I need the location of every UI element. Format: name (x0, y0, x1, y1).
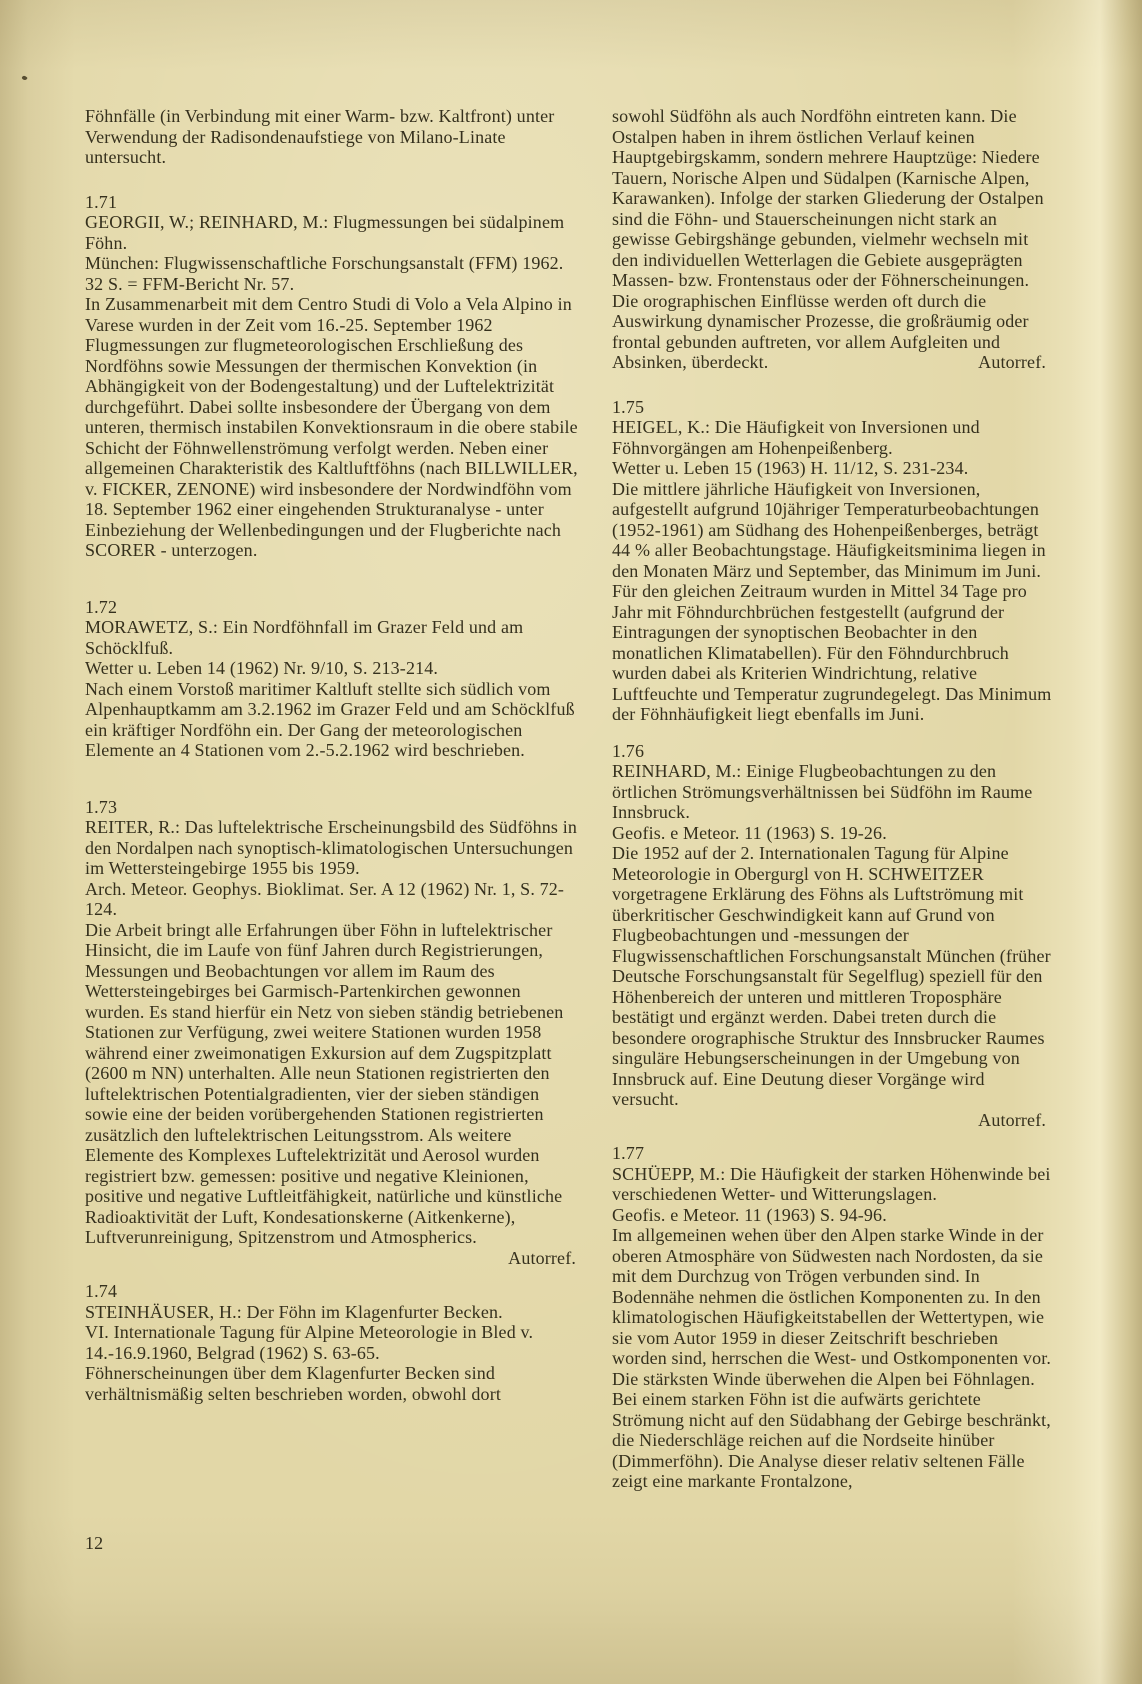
author-ref-label: Autorref. (612, 1110, 1052, 1131)
entry-heading: SCHÜEPP, M.: Die Häufigkeit der starken … (612, 1164, 1052, 1205)
intro-paragraph-continuation: Föhnfälle (in Verbindung mit einer Warm-… (85, 106, 582, 168)
bib-entry-1-75: 1.75 HEIGEL, K.: Die Häufigkeit von Inve… (612, 397, 1052, 725)
entry-number: 1.76 (612, 741, 1052, 762)
entry-abstract: In Zusammenarbeit mit dem Centro Studi d… (85, 294, 582, 561)
left-column: Föhnfälle (in Verbindung mit einer Warm-… (85, 106, 582, 1404)
entry-abstract: Im allgemeinen wehen über den Alpen star… (612, 1225, 1052, 1492)
entry-number: 1.75 (612, 397, 1052, 418)
bib-entry-1-73: 1.73 REITER, R.: Das luftelektrische Ers… (85, 797, 582, 1269)
intro-paragraph-continuation: sowohl Südföhn als auch Nordföhn eintret… (612, 106, 1052, 373)
entry-source: Arch. Meteor. Geophys. Bioklimat. Ser. A… (85, 879, 582, 920)
entry-source: Wetter u. Leben 15 (1963) H. 11/12, S. 2… (612, 458, 1052, 479)
entry-number: 1.71 (85, 192, 582, 213)
bib-entry-1-77: 1.77 SCHÜEPP, M.: Die Häufigkeit der sta… (612, 1143, 1052, 1492)
entry-heading: MORAWETZ, S.: Ein Nordföhnfall im Grazer… (85, 617, 582, 658)
bib-entry-1-72: 1.72 MORAWETZ, S.: Ein Nordföhnfall im G… (85, 597, 582, 761)
bib-entry-1-74: 1.74 STEINHÄUSER, H.: Der Föhn im Klagen… (85, 1281, 582, 1404)
entry-source: Geofis. e Meteor. 11 (1963) S. 94-96. (612, 1205, 1052, 1226)
entry-heading: REINHARD, M.: Einige Flugbeobachtungen z… (612, 761, 1052, 823)
bib-entry-1-76: 1.76 REINHARD, M.: Einige Flugbeobachtun… (612, 741, 1052, 1131)
paper-speck (21, 75, 27, 81)
entry-source: München: Flugwissenschaftliche Forschung… (85, 253, 582, 294)
entry-source: Geofis. e Meteor. 11 (1963) S. 19-26. (612, 823, 1052, 844)
author-ref-label: Autorref. (85, 1248, 582, 1269)
page-number: 12 (85, 1533, 103, 1554)
entry-heading: HEIGEL, K.: Die Häufigkeit von Inversion… (612, 417, 1052, 458)
entry-heading: STEINHÄUSER, H.: Der Föhn im Klagenfurte… (85, 1302, 582, 1323)
bib-entry-1-71: 1.71 GEORGII, W.; REINHARD, M.: Flugmess… (85, 192, 582, 561)
entry-source: VI. Internationale Tagung für Alpine Met… (85, 1322, 582, 1363)
entry-abstract: Föhnerscheinungen über dem Klagenfurter … (85, 1363, 582, 1404)
entry-number: 1.72 (85, 597, 582, 618)
entry-number: 1.73 (85, 797, 582, 818)
entry-abstract: Nach einem Vorstoß maritimer Kaltluft st… (85, 679, 582, 761)
scanned-bibliography-page: Föhnfälle (in Verbindung mit einer Warm-… (0, 0, 1142, 1684)
entry-abstract: Die mittlere jährliche Häufigkeit von In… (612, 479, 1052, 725)
right-column: sowohl Südföhn als auch Nordföhn eintret… (612, 106, 1052, 1492)
entry-heading: REITER, R.: Das luftelektrische Erschein… (85, 817, 582, 879)
entry-abstract: Die Arbeit bringt alle Erfahrungen über … (85, 920, 582, 1248)
entry-number: 1.74 (85, 1281, 582, 1302)
entry-heading: GEORGII, W.; REINHARD, M.: Flugmessungen… (85, 212, 582, 253)
entry-source: Wetter u. Leben 14 (1962) Nr. 9/10, S. 2… (85, 658, 582, 679)
entry-number: 1.77 (612, 1143, 1052, 1164)
entry-abstract: Die 1952 auf der 2. Internationalen Tagu… (612, 843, 1052, 1110)
